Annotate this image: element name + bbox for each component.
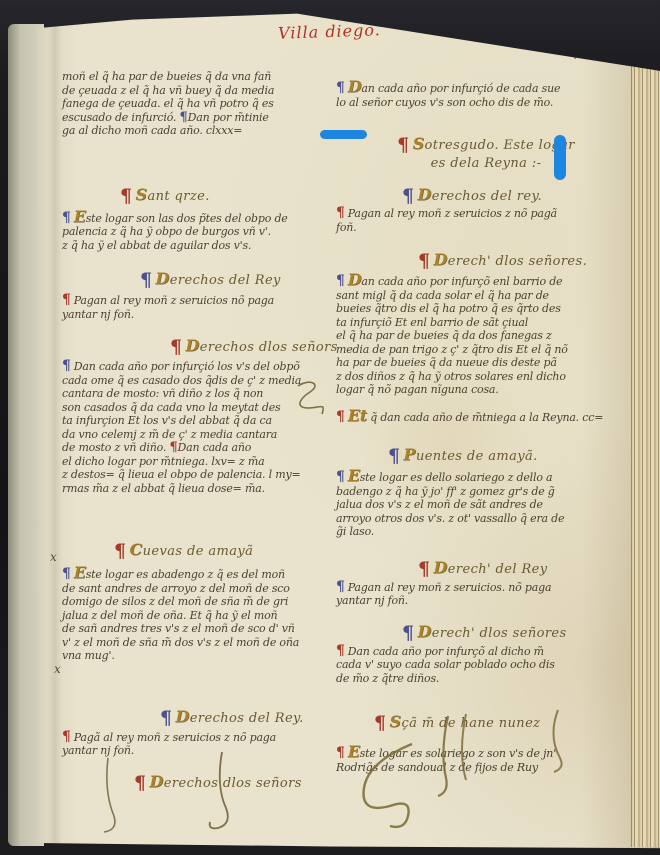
manuscript-line: ¶Sçã m̃ de hane nunez (374, 713, 632, 733)
decorated-initial: E (74, 207, 86, 226)
manuscript-line: cantara de mosto: vñ diño z los q̃ non (62, 387, 336, 401)
text-block: ¶Dan cada año por infurçió los v's del o… (62, 360, 336, 495)
pilcrow-mark: ¶ (62, 358, 71, 374)
manuscript-line: de m̃o z q̃tre diños. (336, 672, 632, 686)
pilcrow-mark: ¶ (62, 292, 71, 308)
pilcrow-mark: ¶ (140, 269, 153, 291)
manuscript-line: z q̃ ha ỹ el abbat de aguilar dos v's. (62, 239, 336, 253)
manuscript-line: bueies q̃tro dis el q̃ ha potro q̃ es q̃… (336, 302, 632, 316)
text-block: ¶Et q̃ dan cada año de m̃tniega a la Rey… (336, 409, 632, 425)
section-heading: ¶Derech' dlos señores. (418, 251, 632, 271)
manuscript-line: arroyo otros dos v's. z ot' vassallo q̃ … (336, 512, 632, 526)
text-block: ¶Este logar es solariego z son v's de jn… (336, 745, 632, 774)
pilcrow-mark: ¶ (62, 210, 71, 226)
manuscript-line: fanega de çeuada. el q̃ ha vñ potro q̃ e… (62, 97, 336, 111)
decorated-initial: D (156, 269, 170, 288)
text-block: ¶Dan cada año por infurçõ al dicho m̃cad… (336, 645, 632, 686)
manuscript-line: ¶Este logar es abadengo z q̃ es del moñ (62, 566, 336, 582)
manuscript-scan: Villa diego. 73 70 moñ el q̃ ha par de b… (0, 0, 660, 855)
gutter-crease (48, 0, 62, 855)
manuscript-line: yantar nj foñ. (336, 594, 632, 608)
manuscript-line: ¶Derechos del Rey. (160, 708, 336, 728)
margin-x-mark-1: x (50, 550, 57, 564)
pilcrow-mark-inline: ¶ (180, 110, 188, 125)
text-block: ¶Pagan al rey moñ z seruicios z nõ pagãf… (336, 207, 632, 234)
text-block: ¶Este logar es abadengo z q̃ es del moñd… (62, 566, 336, 663)
manuscript-line: ¶Derech' del Rey (418, 559, 632, 579)
manuscript-line: son casados q̃ da cada vno la meytat des (62, 401, 336, 415)
manuscript-line: es dela Reyna :- (366, 155, 606, 173)
manuscript-line: ta infurçion Et los v's del abbat q̃ da … (62, 414, 336, 428)
manuscript-line: da vno celemj z m̃ de ç' z media cantara (62, 428, 336, 442)
decorated-initial: E (348, 466, 360, 485)
section-heading: ¶Cuevas de amayã (114, 541, 336, 561)
folio-number: 70 (572, 48, 593, 64)
text-block: ¶Dan cada año por infurçõ enl barrio des… (336, 273, 632, 397)
manuscript-line: logar q̃ nõ pagan nĩguna cosa. (336, 383, 632, 397)
decorated-initial: D (418, 185, 432, 204)
section-heading: ¶Derech' del Rey (418, 559, 632, 579)
column-right: ¶Dan cada año por infurçió de cada suelo… (336, 80, 632, 774)
manuscript-line: media de pan trigo z ç' z q̃tro dis Et e… (336, 343, 632, 357)
decorated-initial: D (186, 336, 200, 355)
manuscript-line: ¶Pagan al rey moñ z seruicios nõ paga (62, 294, 336, 308)
manuscript-line: ¶Sant qrze. (120, 186, 336, 206)
manuscript-line: ¶Este logar son las dos p̃tes del obpo d… (62, 210, 336, 226)
pilcrow-mark: ¶ (134, 772, 147, 794)
text-block: ¶Pagã al rey moñ z seruicios z nõ pagaya… (62, 731, 336, 758)
pilcrow-mark: ¶ (336, 579, 345, 595)
manuscript-line: ta infurçiõ Et enl barrio de sãt çiual (336, 316, 632, 330)
decorated-initial: D (434, 558, 448, 577)
manuscript-line: el dicho logar por m̃tniega. lxv= z m̃a (62, 455, 336, 469)
highlight-marker-vertical (554, 135, 566, 180)
running-title: Villa diego. (278, 20, 381, 43)
manuscript-line: ¶Dan cada año por infurçió los v's del o… (62, 360, 336, 374)
manuscript-line: de sant andres de arroyo z del moñ de sc… (62, 582, 336, 596)
text-block: moñ el q̃ ha par de bueies q̃ da vna fañ… (62, 70, 336, 138)
manuscript-line: ¶Este logar es solariego z son v's de jn… (336, 745, 632, 761)
decorated-initial: S (390, 712, 402, 731)
manuscript-line: lo al señor cuyos v's son ocho dis de m̃… (336, 96, 632, 110)
decorated-initial: P (404, 445, 416, 464)
manuscript-line: z destos= q̃ lieua el obpo de palencia. … (62, 468, 336, 482)
pilcrow-mark: ¶ (402, 185, 415, 207)
manuscript-line: ha par de bueies q̃ da nueue dis deste p… (336, 356, 632, 370)
pilcrow-mark: ¶ (170, 336, 183, 358)
column-left: moñ el q̃ ha par de bueies q̃ da vna fañ… (62, 70, 336, 793)
pilcrow-mark-inline: ¶ (169, 440, 177, 455)
manuscript-line: de mosto z vñ diño. ¶Dan cada año (62, 441, 336, 455)
book-fore-edge (631, 66, 660, 847)
section-heading: ¶Derechos del rey. (402, 186, 632, 206)
decorated-initial: S (136, 185, 148, 204)
folio-mark-upper: 73 (603, 25, 620, 41)
pilcrow-mark: ¶ (336, 409, 345, 425)
manuscript-line: ¶Cuevas de amayã (114, 541, 336, 561)
decorated-initial: D (176, 707, 190, 726)
manuscript-line: ga al dicho moñ cada año. clxxx= (62, 124, 336, 138)
manuscript-line: ¶Derechos del Rey (140, 270, 336, 290)
manuscript-line: ¶Sotresgudo. Este logar (366, 135, 606, 155)
manuscript-line: ¶Derechos dlos señors (170, 337, 336, 357)
manuscript-line: yantar nj foñ. (62, 744, 336, 758)
section-heading: ¶Sçã m̃ de hane nunez (374, 713, 632, 733)
pilcrow-mark: ¶ (374, 712, 387, 734)
manuscript-line: Rodrig̃s de sandoual z de fijos de Ruy (336, 761, 632, 775)
text-block: ¶Dan cada año por infurçió de cada suelo… (336, 80, 632, 109)
manuscript-line: ¶Derechos dlos señors (134, 773, 336, 793)
manuscript-line: ¶Pagan al rey moñ z seruicios. nõ paga (336, 581, 632, 595)
decorated-initial: S (413, 134, 425, 153)
pilcrow-mark: ¶ (418, 250, 431, 272)
text-block: ¶Este logar es dello solariego z dello a… (336, 469, 632, 539)
pilcrow-mark: ¶ (388, 445, 401, 467)
text-block: ¶Pagan al rey moñ z seruicios. nõ pagaya… (336, 581, 632, 608)
manuscript-line: moñ el q̃ ha par de bueies q̃ da vna fañ (62, 70, 336, 84)
pilcrow-mark: ¶ (120, 185, 133, 207)
manuscript-line: el q̃ ha par de bueies q̃ da dos fanegas… (336, 329, 632, 343)
manuscript-line: g̃i laso. (336, 525, 632, 539)
manuscript-line: palencia z q̃ ha ỹ obpo de burgos vñ v'… (62, 225, 336, 239)
pilcrow-mark: ¶ (418, 558, 431, 580)
manuscript-line: vna mug'. (62, 649, 336, 663)
pilcrow-mark: ¶ (62, 729, 71, 745)
section-heading: ¶Derech' dlos señores (402, 623, 632, 643)
manuscript-line: ¶Dan cada año por infurçió de cada sue (336, 80, 632, 96)
manuscript-line: ¶Puentes de amayã. (388, 446, 632, 466)
manuscript-line: ¶Et q̃ dan cada año de m̃tniega a la Rey… (336, 409, 632, 425)
manuscript-line: yantar nj foñ. (62, 308, 336, 322)
pilcrow-mark: ¶ (336, 745, 345, 761)
margin-x-mark-2: x (54, 662, 61, 676)
section-heading: ¶Sant qrze. (120, 186, 336, 206)
section-heading: ¶Puentes de amayã. (388, 446, 632, 466)
manuscript-line: ¶Dan cada año por infurçõ al dicho m̃ (336, 645, 632, 659)
text-block: ¶Pagan al rey moñ z seruicios nõ pagayan… (62, 294, 336, 321)
manuscript-line: ¶Derech' dlos señores. (418, 251, 632, 271)
manuscript-line: cada ome q̃ es casado dos q̃dis de ç' z … (62, 374, 336, 388)
text-block: ¶Este logar son las dos p̃tes del obpo d… (62, 210, 336, 253)
manuscript-line: ¶Derech' dlos señores (402, 623, 632, 643)
decorated-initial: E (348, 742, 360, 761)
pilcrow-mark: ¶ (336, 469, 345, 485)
manuscript-line: z dos diños z q̃ ha ỹ otros solares enl… (336, 370, 632, 384)
manuscript-line: domigo de silos z del moñ de sña m̃ de g… (62, 595, 336, 609)
section-heading: ¶Derechos del Rey (140, 270, 336, 290)
pilcrow-mark: ¶ (402, 622, 415, 644)
pilcrow-mark: ¶ (336, 643, 345, 659)
decorated-initial: D (348, 77, 362, 96)
decorated-initial: D (348, 270, 362, 289)
pilcrow-mark: ¶ (336, 205, 345, 221)
decorated-initial: D (418, 622, 432, 641)
manuscript-line: sant migl q̃ da cada solar el q̃ ha par … (336, 289, 632, 303)
manuscript-line: cada v' suyo cada solar poblado ocho dis (336, 658, 632, 672)
manuscript-line: foñ. (336, 221, 632, 235)
section-heading: ¶Derechos dlos señors (134, 773, 336, 793)
manuscript-line: escusado de infurció. ¶Dan por m̃tinie (62, 111, 336, 125)
manuscript-line: de sañ andres tres v's z el moñ de sco d… (62, 622, 336, 636)
manuscript-line: v' z el moñ de sña m̃ dos v's z el moñ d… (62, 636, 336, 650)
manuscript-line: badengo z q̃ ha ỹ jo' ff' z gomez gr's … (336, 485, 632, 499)
decorated-initial: C (130, 540, 143, 559)
decorated-initial: E (74, 563, 86, 582)
highlight-marker-horizontal (320, 130, 367, 139)
manuscript-line: ¶Pagã al rey moñ z seruicios z nõ paga (62, 731, 336, 745)
manuscript-line: jalua z del moñ de oña. Et q̃ ha ỹ el m… (62, 609, 336, 623)
decorated-initial: Et (348, 406, 367, 425)
section-heading: ¶Sotresgudo. Este logares dela Reyna :- (366, 135, 606, 173)
pilcrow-mark: ¶ (397, 134, 410, 156)
pilcrow-mark: ¶ (160, 707, 173, 729)
parchment-page: Villa diego. 73 70 moñ el q̃ ha par de b… (0, 0, 660, 855)
pilcrow-mark: ¶ (62, 566, 71, 582)
pilcrow-mark: ¶ (336, 273, 345, 289)
decorated-initial: D (434, 250, 448, 269)
manuscript-line: ¶Derechos del rey. (402, 186, 632, 206)
manuscript-line: rmas m̃a z el abbat q̃ lieua dose= m̃a. (62, 482, 336, 496)
manuscript-line: jalua dos v's z el moñ de sãt andres de (336, 498, 632, 512)
section-heading: ¶Derechos dlos señors (170, 337, 336, 357)
manuscript-line: de çeuada z el q̃ ha vñ buey q̃ da media (62, 84, 336, 98)
pilcrow-mark: ¶ (336, 80, 345, 96)
pilcrow-mark: ¶ (114, 540, 127, 562)
section-heading: ¶Derechos del Rey. (160, 708, 336, 728)
manuscript-line: ¶Este logar es dello solariego z dello a (336, 469, 632, 485)
decorated-initial: D (150, 772, 164, 791)
manuscript-line: ¶Dan cada año por infurçõ enl barrio de (336, 273, 632, 289)
manuscript-line: ¶Pagan al rey moñ z seruicios z nõ pagã (336, 207, 632, 221)
